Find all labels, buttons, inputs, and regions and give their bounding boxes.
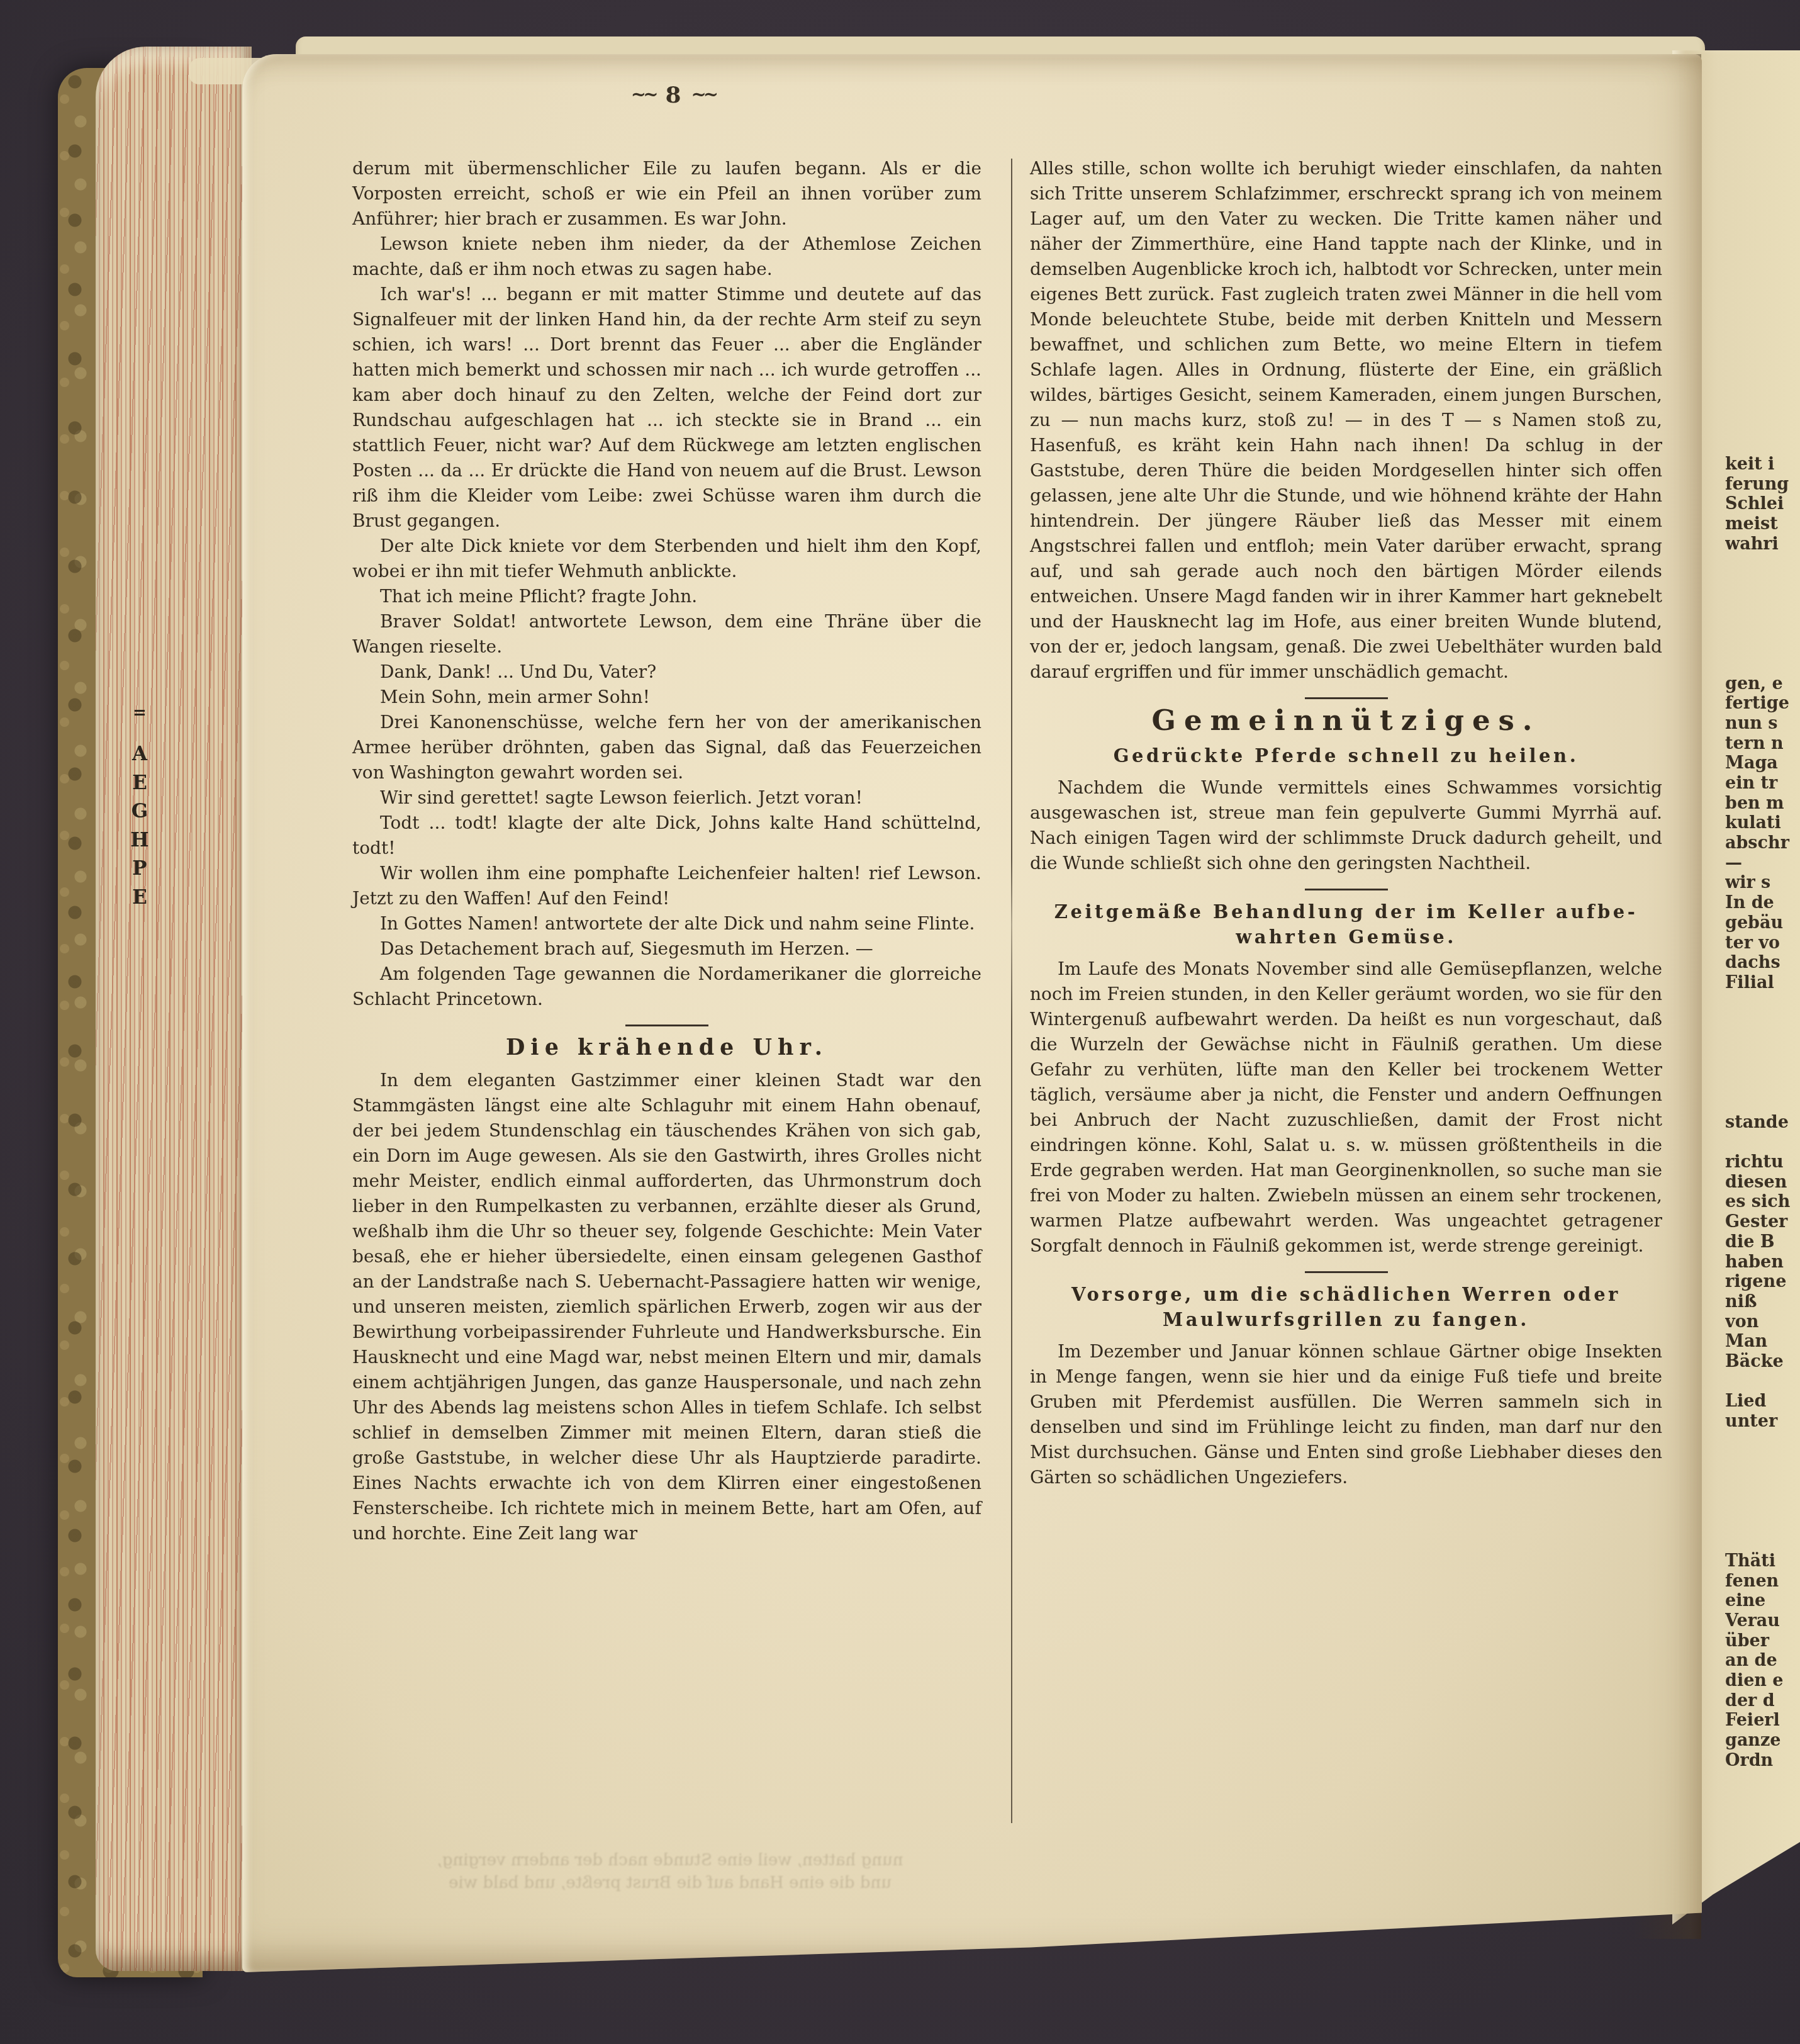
subheading-line: Gedrückte Pferde schnell zu heilen. — [1030, 743, 1662, 769]
folio-flourish-right: ~~ — [691, 84, 716, 105]
paragraph: Mein Sohn, mein armer Sohn! — [352, 685, 981, 710]
text-line — [1725, 1372, 1800, 1392]
paragraph: Lewson kniete neben ihm nieder, da der A… — [352, 232, 981, 282]
text-line: Thäti — [1725, 1551, 1800, 1571]
text-line: rigene — [1725, 1272, 1800, 1292]
text-line — [1725, 993, 1800, 1013]
text-line: unter — [1725, 1412, 1800, 1432]
subheading-line: Zeitgemäße Behandlung der im Keller aufb… — [1030, 899, 1662, 925]
section-rule — [625, 1025, 708, 1026]
paragraph: Der alte Dick kniete vor dem Sterbenden … — [352, 534, 981, 584]
text-line — [1725, 1053, 1800, 1073]
paragraph: Dank, Dank! ... Und Du, Vater? — [352, 660, 981, 685]
text-line: von — [1725, 1312, 1800, 1332]
text-line: Maga — [1725, 753, 1800, 773]
text-column-left: derum mit übermenschlicher Eile zu laufe… — [352, 156, 981, 1546]
paragraph: Braver Soldat! antwortete Lewson, dem ei… — [352, 609, 981, 660]
paragraph: Nachdem die Wunde vermittels eines Schwa… — [1030, 775, 1662, 876]
text-line: wir s — [1725, 873, 1800, 893]
text-line: Bäcke — [1725, 1352, 1800, 1372]
text-line: G — [123, 797, 156, 826]
text-line: eine — [1725, 1591, 1800, 1611]
text-line: E — [123, 884, 156, 912]
text-line: Feierl — [1725, 1710, 1800, 1731]
spine-top-mark: = — [123, 704, 156, 740]
paragraph: Im Dezember und Januar können schlaue Gä… — [1030, 1339, 1662, 1490]
text-line — [1725, 654, 1800, 674]
text-line: meist — [1725, 514, 1800, 534]
text-line: ben m — [1725, 794, 1800, 814]
spine-letter-stack: AEGHPE — [123, 740, 156, 912]
ink-showthrough-line: und die eine Hand auf die Brust preßte, … — [352, 1872, 988, 1894]
section-subheading: Vorsorge, um die schädlichen Werren oder… — [1030, 1282, 1662, 1333]
text-line: A — [123, 740, 156, 769]
text-line: nun s — [1725, 714, 1800, 734]
text-line: die B — [1725, 1232, 1800, 1252]
page-number: ~~8~~ — [582, 82, 764, 108]
text-line: dachs — [1725, 953, 1800, 973]
section-heading: Gemeinnütziges. — [1030, 708, 1662, 733]
text-line: über — [1725, 1631, 1800, 1651]
paragraph: Am folgenden Tage gewannen die Nordameri… — [352, 962, 981, 1012]
text-line: Ordn — [1725, 1751, 1800, 1771]
text-line: ferung — [1725, 474, 1800, 495]
paragraph: In Gottes Namen! antwortete der alte Dic… — [352, 911, 981, 936]
text-line — [1725, 1531, 1800, 1551]
paragraph: Todt ... todt! klagte der alte Dick, Joh… — [352, 811, 981, 861]
text-column-right: Alles stille, schon wollte ich beruhigt … — [1030, 156, 1662, 1490]
text-line — [1725, 634, 1800, 654]
ink-showthrough-line: nung hatten, weil eine Stunde nach der a… — [352, 1849, 988, 1872]
section-subheading: Gedrückte Pferde schnell zu heilen. — [1030, 743, 1662, 769]
section-rule — [1305, 697, 1388, 699]
subheading-line: Maulwurfsgrillen zu fangen. — [1030, 1307, 1662, 1333]
text-line: es sich — [1725, 1192, 1800, 1212]
paragraph: Das Detachement brach auf, Siegesmuth im… — [352, 936, 981, 962]
text-line: Lied — [1725, 1391, 1800, 1412]
text-line: richtu — [1725, 1152, 1800, 1172]
subheading-line: wahrten Gemüse. — [1030, 924, 1662, 950]
section-rule — [1305, 1271, 1388, 1273]
text-line: keit i — [1725, 454, 1800, 474]
text-line: wahri — [1725, 534, 1800, 554]
text-line: tern n — [1725, 734, 1800, 754]
text-line — [1725, 1072, 1800, 1092]
text-line: Gester — [1725, 1212, 1800, 1232]
text-line: kulati — [1725, 813, 1800, 833]
text-line — [1725, 1013, 1800, 1033]
text-line: an de — [1725, 1651, 1800, 1671]
spine-letters: = AEGHPE — [123, 704, 156, 912]
text-line: dien e — [1725, 1671, 1800, 1691]
text-line: gen, e — [1725, 674, 1800, 694]
text-line — [1725, 1511, 1800, 1531]
folio-number: 8 — [655, 82, 691, 108]
paragraph: Ich war's! ... begann er mit matter Stim… — [352, 282, 981, 534]
text-line: fertige — [1725, 693, 1800, 714]
text-line: — — [1725, 853, 1800, 873]
text-line: haben — [1725, 1252, 1800, 1272]
text-line: H — [123, 826, 156, 855]
text-line: ein tr — [1725, 773, 1800, 794]
section-subheading: Zeitgemäße Behandlung der im Keller aufb… — [1030, 899, 1662, 950]
text-line: P — [123, 855, 156, 884]
text-line: gebäu — [1725, 913, 1800, 933]
text-line: ganze — [1725, 1731, 1800, 1751]
paragraph: Drei Kanonenschüsse, welche fern her von… — [352, 710, 981, 785]
text-line: der d — [1725, 1691, 1800, 1711]
text-line — [1725, 1432, 1800, 1452]
text-line: ter vo — [1725, 933, 1800, 953]
text-line — [1725, 554, 1800, 574]
text-line — [1725, 594, 1800, 614]
text-line: abschr — [1725, 833, 1800, 853]
paragraph: That ich meine Pflicht? fragte John. — [352, 584, 981, 609]
text-line — [1725, 614, 1800, 634]
text-line: fenen — [1725, 1571, 1800, 1592]
book-page: ~~8~~ derum mit übermenschlicher Eile zu… — [242, 54, 1702, 1972]
folio-flourish-left: ~~ — [631, 84, 656, 105]
section-heading: Die krähende Uhr. — [352, 1035, 981, 1060]
ink-showthrough: nung hatten, weil eine Stunde nach der a… — [352, 1849, 988, 1894]
paragraph: Wir sind gerettet! sagte Lewson feierlic… — [352, 785, 981, 811]
text-line — [1725, 1471, 1800, 1491]
text-line: diesen — [1725, 1172, 1800, 1193]
paragraph: Im Laufe des Monats November sind alle G… — [1030, 957, 1662, 1259]
subheading-line: Vorsorge, um die schädlichen Werren oder — [1030, 1282, 1662, 1308]
text-line: Verau — [1725, 1611, 1800, 1631]
text-line — [1725, 1132, 1800, 1152]
text-line: stande — [1725, 1113, 1800, 1133]
section-rule — [1305, 889, 1388, 890]
paragraph: Wir wollen ihm eine pomphafte Leichenfei… — [352, 861, 981, 911]
text-line: In de — [1725, 893, 1800, 913]
book-scan: keit iferungSchleimeistwahrigen, efertig… — [0, 0, 1800, 2044]
text-line: Filial — [1725, 973, 1800, 993]
text-line: E — [123, 769, 156, 798]
paragraph: derum mit übermenschlicher Eile zu laufe… — [352, 156, 981, 232]
text-line: Man — [1725, 1332, 1800, 1352]
text-line — [1725, 1491, 1800, 1512]
text-line: Schlei — [1725, 494, 1800, 514]
column-divider-rule — [1011, 159, 1012, 1823]
text-line — [1725, 1092, 1800, 1113]
text-line — [1725, 1451, 1800, 1471]
paragraph: In dem eleganten Gastzimmer einer kleine… — [352, 1068, 981, 1546]
adjacent-page-text-fragments: keit iferungSchleimeistwahrigen, efertig… — [1725, 454, 1800, 1782]
paragraph: Alles stille, schon wollte ich beruhigt … — [1030, 156, 1662, 685]
text-line — [1725, 1033, 1800, 1053]
text-line: niß — [1725, 1292, 1800, 1312]
text-line — [1725, 574, 1800, 594]
page-edge-stack — [96, 47, 252, 1971]
